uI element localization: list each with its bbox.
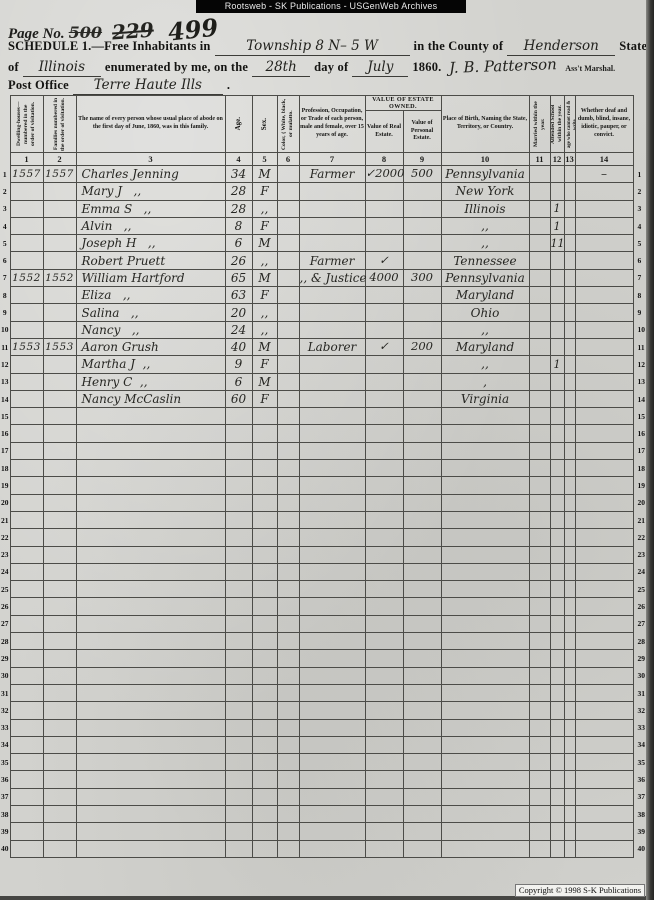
cell-name (76, 494, 225, 511)
cell-personal-estate-value (403, 408, 441, 425)
cell-age (225, 719, 252, 736)
row-number-left: 10 (0, 321, 10, 338)
row-number-left: 21 (0, 511, 10, 528)
col-num-11: 11 (529, 153, 550, 166)
cell-age (225, 581, 252, 598)
cell-school-mark (550, 702, 564, 719)
row-number-left: 39 (0, 823, 10, 840)
col-num-1: 1 (10, 153, 43, 166)
cell-color (277, 788, 299, 805)
cell-family-number (43, 719, 76, 736)
cell-occupation (299, 442, 365, 459)
cell-age: 6 (225, 235, 252, 252)
cell-name: Emma S ,, (76, 200, 225, 217)
cell-birthplace: ,, (441, 356, 529, 373)
cell-school-mark (550, 460, 564, 477)
cell-school-mark: 1 (550, 356, 564, 373)
cell-dwelling-number (10, 529, 43, 546)
cell-age (225, 633, 252, 650)
cell-personal-estate-value (403, 390, 441, 407)
cell-occupation (299, 390, 365, 407)
cell-age: 60 (225, 390, 252, 407)
cell-birthplace (441, 650, 529, 667)
cell-dwelling-number (10, 494, 43, 511)
table-row: 10 Nancy ,, 24 ,, ,, 10 (0, 321, 654, 338)
cell-remarks (575, 754, 633, 771)
copyright-label: Copyright © 1998 S-K Publications (515, 884, 645, 897)
table-row: 2 Mary J ,, 28 F New York 2 (0, 183, 654, 200)
cell-remarks (575, 390, 633, 407)
cell-married-mark (529, 719, 550, 736)
col-num-3: 3 (76, 153, 225, 166)
table-row: 17 17 (0, 442, 654, 459)
cell-real-estate-value (365, 754, 403, 771)
cell-school-mark (550, 494, 564, 511)
cell-cannot-read-mark (564, 702, 575, 719)
cell-school-mark (550, 754, 564, 771)
cell-family-number (43, 200, 76, 217)
cell-occupation: ,, & Justice (299, 269, 365, 286)
cell-dwelling-number: 1553 (10, 338, 43, 355)
cell-cannot-read-mark (564, 477, 575, 494)
cell-dwelling-number (10, 425, 43, 442)
cell-name: Charles Jenning (76, 166, 225, 183)
cell-cannot-read-mark (564, 304, 575, 321)
month-handwritten: July (352, 61, 408, 77)
post-office-handwritten: Terre Haute Ills (73, 79, 223, 95)
cell-color (277, 269, 299, 286)
cell-remarks (575, 304, 633, 321)
cell-color (277, 200, 299, 217)
row-number-left: 1 (0, 166, 10, 183)
cell-sex (252, 425, 277, 442)
row-number-left: 23 (0, 546, 10, 563)
cell-family-number (43, 667, 76, 684)
cell-age (225, 771, 252, 788)
cell-age (225, 736, 252, 753)
table-row: 23 23 (0, 546, 654, 563)
cell-color (277, 217, 299, 234)
cell-personal-estate-value (403, 252, 441, 269)
col-header-school: Attended School within the year. (550, 96, 564, 153)
cell-color (277, 304, 299, 321)
cell-personal-estate-value (403, 633, 441, 650)
enumeration-line: of Illinois enumerated by me, on the 28t… (8, 57, 615, 77)
cell-married-mark (529, 684, 550, 701)
cell-real-estate-value: ✓ (365, 338, 403, 355)
cell-birthplace (441, 684, 529, 701)
cell-dwelling-number (10, 702, 43, 719)
cell-birthplace (441, 598, 529, 615)
cell-remarks (575, 736, 633, 753)
row-number-left: 24 (0, 563, 10, 580)
cell-school-mark (550, 788, 564, 805)
cell-married-mark (529, 166, 550, 183)
cell-family-number (43, 460, 76, 477)
row-number-left: 8 (0, 287, 10, 304)
cell-name: Salina ,, (76, 304, 225, 321)
cell-family-number (43, 425, 76, 442)
cell-occupation (299, 598, 365, 615)
cell-real-estate-value (365, 805, 403, 822)
cell-school-mark (550, 442, 564, 459)
cell-sex (252, 615, 277, 632)
cell-birthplace: ,, (441, 321, 529, 338)
col-num-10: 10 (441, 153, 529, 166)
cell-name: Martha J ,, (76, 356, 225, 373)
column-number-row: 1 2 3 4 5 6 7 8 9 10 11 12 13 14 (0, 153, 654, 166)
cell-school-mark (550, 477, 564, 494)
cell-cannot-read-mark (564, 166, 575, 183)
cell-name (76, 546, 225, 563)
cell-dwelling-number (10, 633, 43, 650)
table-row: 34 34 (0, 736, 654, 753)
cell-name (76, 754, 225, 771)
cell-family-number (43, 736, 76, 753)
cell-personal-estate-value (403, 442, 441, 459)
cell-remarks (575, 615, 633, 632)
cell-sex (252, 667, 277, 684)
table-row: 18 18 (0, 460, 654, 477)
cell-married-mark (529, 702, 550, 719)
cell-age (225, 805, 252, 822)
table-row: 28 28 (0, 633, 654, 650)
cell-birthplace (441, 529, 529, 546)
row-number-left: 30 (0, 667, 10, 684)
cell-married-mark (529, 356, 550, 373)
cell-family-number (43, 684, 76, 701)
cell-real-estate-value (365, 719, 403, 736)
cell-dwelling-number (10, 788, 43, 805)
cell-birthplace (441, 754, 529, 771)
cell-remarks (575, 581, 633, 598)
cell-occupation (299, 736, 365, 753)
cell-birthplace (441, 563, 529, 580)
cell-birthplace: Virginia (441, 390, 529, 407)
cell-personal-estate-value (403, 719, 441, 736)
cell-school-mark (550, 338, 564, 355)
cell-occupation (299, 287, 365, 304)
cell-family-number (43, 650, 76, 667)
year-label: 1860. (412, 60, 441, 74)
cell-name (76, 667, 225, 684)
cell-occupation: Laborer (299, 338, 365, 355)
cell-name (76, 425, 225, 442)
cell-name: Nancy ,, (76, 321, 225, 338)
cell-color (277, 805, 299, 822)
row-number-left: 40 (0, 840, 10, 857)
cell-color (277, 235, 299, 252)
cell-family-number (43, 840, 76, 857)
table-row: 3 Emma S ,, 28 ,, Illinois 1 3 (0, 200, 654, 217)
archive-banner: Rootsweb - SK Publications - USGenWeb Ar… (196, 0, 466, 13)
cell-remarks (575, 425, 633, 442)
cell-name (76, 615, 225, 632)
row-number-left: 2 (0, 183, 10, 200)
cell-remarks (575, 217, 633, 234)
cell-personal-estate-value (403, 667, 441, 684)
cell-school-mark (550, 563, 564, 580)
col-num-8: 8 (365, 153, 403, 166)
cell-cannot-read-mark (564, 719, 575, 736)
cell-remarks (575, 200, 633, 217)
cell-sex: M (252, 235, 277, 252)
cell-sex (252, 529, 277, 546)
cell-color (277, 615, 299, 632)
table-row: 7 1552 1552 William Hartford 65 M ,, & J… (0, 269, 654, 286)
cell-cannot-read-mark (564, 183, 575, 200)
cell-cannot-read-mark (564, 563, 575, 580)
cell-color (277, 719, 299, 736)
cell-married-mark (529, 667, 550, 684)
cell-cannot-read-mark (564, 321, 575, 338)
cell-married-mark (529, 840, 550, 857)
cell-personal-estate-value (403, 546, 441, 563)
cell-sex (252, 771, 277, 788)
table-row: 4 Alvin ,, 8 F ,, 1 4 (0, 217, 654, 234)
table-row: 33 33 (0, 719, 654, 736)
cell-sex: ,, (252, 321, 277, 338)
cell-sex: ,, (252, 200, 277, 217)
cell-family-number (43, 390, 76, 407)
cell-sex: M (252, 269, 277, 286)
cell-color (277, 408, 299, 425)
cell-real-estate-value (365, 460, 403, 477)
cell-real-estate-value (365, 788, 403, 805)
cell-occupation: Farmer (299, 252, 365, 269)
cell-birthplace (441, 719, 529, 736)
cell-remarks (575, 356, 633, 373)
cell-personal-estate-value (403, 771, 441, 788)
cell-occupation (299, 183, 365, 200)
post-office-line: Post Office Terre Haute Ills . (8, 76, 230, 95)
col-num-2: 2 (43, 153, 76, 166)
cell-real-estate-value (365, 494, 403, 511)
cell-color (277, 252, 299, 269)
cell-dwelling-number (10, 321, 43, 338)
cell-school-mark (550, 390, 564, 407)
cell-school-mark (550, 511, 564, 528)
census-table-head: Dwelling-houses—numbered in the order of… (0, 96, 654, 166)
cell-real-estate-value (365, 183, 403, 200)
col-header-cannot-read: Persons over 20 y'rs of age who cannot r… (564, 96, 575, 153)
cell-birthplace: ,, (441, 235, 529, 252)
cell-name (76, 840, 225, 857)
cell-age (225, 563, 252, 580)
cell-married-mark (529, 269, 550, 286)
cell-personal-estate-value (403, 702, 441, 719)
cell-real-estate-value (365, 546, 403, 563)
col-num-9: 9 (403, 153, 441, 166)
cell-school-mark (550, 425, 564, 442)
cell-personal-estate-value (403, 805, 441, 822)
cell-name (76, 460, 225, 477)
cell-married-mark (529, 598, 550, 615)
cell-name (76, 563, 225, 580)
cell-married-mark (529, 546, 550, 563)
cell-school-mark (550, 667, 564, 684)
cell-sex (252, 840, 277, 857)
cell-color (277, 442, 299, 459)
cell-married-mark (529, 304, 550, 321)
cell-name (76, 511, 225, 528)
cell-real-estate-value (365, 840, 403, 857)
cell-remarks (575, 338, 633, 355)
row-number-left: 26 (0, 598, 10, 615)
cell-birthplace: Illinois (441, 200, 529, 217)
cell-school-mark (550, 252, 564, 269)
cell-family-number (43, 771, 76, 788)
cell-color (277, 667, 299, 684)
cell-personal-estate-value (403, 788, 441, 805)
cell-sex (252, 477, 277, 494)
table-row: 36 36 (0, 771, 654, 788)
cell-birthplace: New York (441, 183, 529, 200)
row-number-left: 16 (0, 425, 10, 442)
row-number-left: 34 (0, 736, 10, 753)
cell-school-mark (550, 408, 564, 425)
marshal-signature: J. B. Patterson (449, 55, 557, 77)
cell-married-mark (529, 200, 550, 217)
cell-age (225, 615, 252, 632)
cell-sex: F (252, 217, 277, 234)
cell-occupation: Farmer (299, 166, 365, 183)
cell-real-estate-value (365, 823, 403, 840)
cell-real-estate-value (365, 684, 403, 701)
row-number-left: 13 (0, 373, 10, 390)
cell-dwelling-number (10, 511, 43, 528)
cell-remarks (575, 269, 633, 286)
cell-age (225, 650, 252, 667)
cell-name (76, 633, 225, 650)
cell-color (277, 840, 299, 857)
cell-school-mark (550, 684, 564, 701)
cell-real-estate-value (365, 477, 403, 494)
cell-dwelling-number (10, 287, 43, 304)
col-num-12: 12 (550, 153, 564, 166)
cell-family-number (43, 546, 76, 563)
cell-sex (252, 650, 277, 667)
cell-name: Eliza ,, (76, 287, 225, 304)
cell-occupation (299, 200, 365, 217)
cell-family-number (43, 598, 76, 615)
row-number-left: 20 (0, 494, 10, 511)
col-header-color: Color, { White, black, or mulatto. (277, 96, 299, 153)
cell-age (225, 840, 252, 857)
cell-occupation (299, 788, 365, 805)
cell-personal-estate-value (403, 736, 441, 753)
cell-remarks (575, 252, 633, 269)
row-number-left: 27 (0, 615, 10, 632)
cell-personal-estate-value (403, 425, 441, 442)
cell-sex: ,, (252, 304, 277, 321)
cell-dwelling-number (10, 615, 43, 632)
cell-birthplace (441, 408, 529, 425)
table-row: 9 Salina ,, 20 ,, Ohio 9 (0, 304, 654, 321)
cell-sex: M (252, 373, 277, 390)
cell-name (76, 719, 225, 736)
county-handwritten: Henderson (507, 40, 615, 56)
cell-sex (252, 511, 277, 528)
cell-dwelling-number (10, 183, 43, 200)
cell-occupation (299, 321, 365, 338)
cell-name (76, 805, 225, 822)
cell-age: 34 (225, 166, 252, 183)
cell-birthplace: ,, (441, 217, 529, 234)
cell-personal-estate-value (403, 217, 441, 234)
col-num-13: 13 (564, 153, 575, 166)
table-row: 11 1553 1553 Aaron Grush 40 M Laborer ✓ … (0, 338, 654, 355)
cell-remarks (575, 667, 633, 684)
cell-sex (252, 805, 277, 822)
cell-birthplace (441, 460, 529, 477)
cell-age: 28 (225, 200, 252, 217)
cell-school-mark (550, 546, 564, 563)
cell-sex (252, 563, 277, 580)
schedule-line: SCHEDULE 1.—Free Inhabitants in Township… (8, 37, 647, 56)
cell-family-number (43, 702, 76, 719)
cell-sex: F (252, 356, 277, 373)
cell-family-number (43, 754, 76, 771)
cell-cannot-read-mark (564, 788, 575, 805)
marshal-title-label: Ass't Marshal. (565, 64, 615, 73)
cell-sex: F (252, 183, 277, 200)
row-number-left: 22 (0, 529, 10, 546)
cell-personal-estate-value (403, 200, 441, 217)
cell-age (225, 823, 252, 840)
cell-remarks (575, 529, 633, 546)
cell-sex: ,, (252, 252, 277, 269)
row-number-left: 37 (0, 788, 10, 805)
cell-married-mark (529, 823, 550, 840)
cell-married-mark (529, 252, 550, 269)
cell-name (76, 650, 225, 667)
cell-married-mark (529, 183, 550, 200)
cell-cannot-read-mark (564, 771, 575, 788)
row-number-left: 7 (0, 269, 10, 286)
cell-real-estate-value (365, 615, 403, 632)
cell-remarks (575, 408, 633, 425)
cell-occupation (299, 217, 365, 234)
cell-color (277, 529, 299, 546)
cell-married-mark (529, 736, 550, 753)
cell-dwelling-number (10, 736, 43, 753)
cell-birthplace: Pennsylvania (441, 269, 529, 286)
cell-color (277, 356, 299, 373)
cell-cannot-read-mark (564, 667, 575, 684)
table-row: 32 32 (0, 702, 654, 719)
cell-personal-estate-value (403, 477, 441, 494)
cell-remarks (575, 442, 633, 459)
cell-remarks (575, 684, 633, 701)
cell-cannot-read-mark (564, 546, 575, 563)
cell-real-estate-value (365, 771, 403, 788)
cell-occupation (299, 356, 365, 373)
cell-cannot-read-mark (564, 511, 575, 528)
cell-real-estate-value (365, 373, 403, 390)
cell-name (76, 442, 225, 459)
cell-color (277, 494, 299, 511)
cell-cannot-read-mark (564, 235, 575, 252)
table-row: 30 30 (0, 667, 654, 684)
cell-remarks (575, 460, 633, 477)
cell-birthplace (441, 771, 529, 788)
cell-sex (252, 408, 277, 425)
cell-personal-estate-value (403, 754, 441, 771)
cell-married-mark (529, 442, 550, 459)
cell-dwelling-number (10, 771, 43, 788)
cell-cannot-read-mark (564, 442, 575, 459)
